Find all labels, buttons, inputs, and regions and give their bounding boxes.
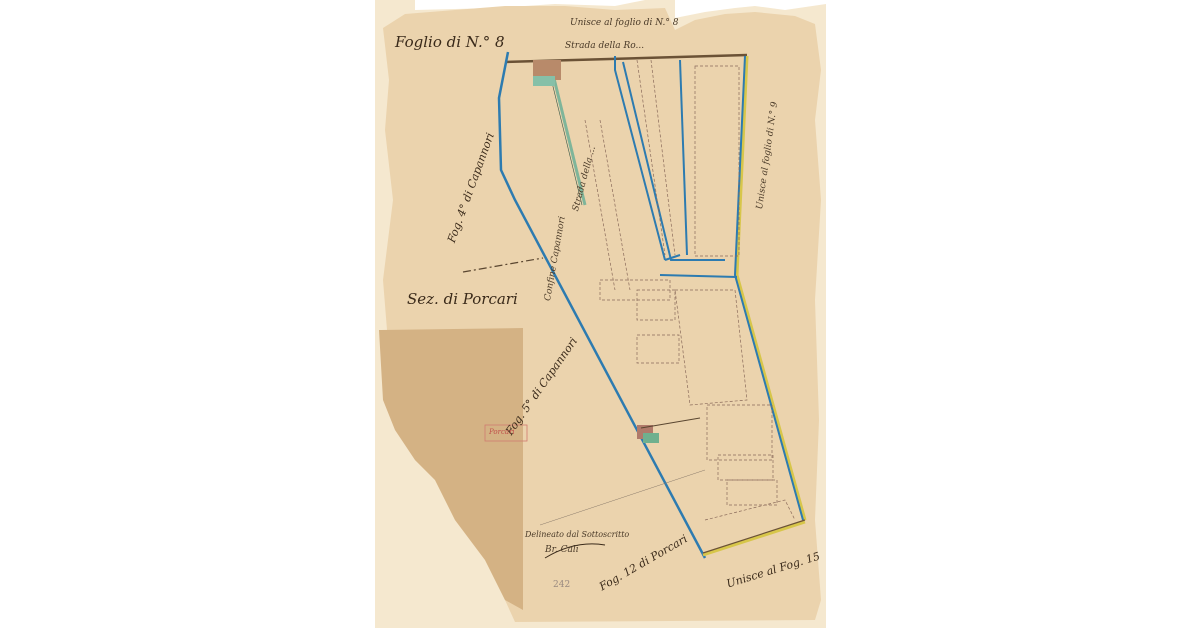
sheet-title: Foglio di N.° 8 bbox=[395, 33, 505, 51]
cadastral-map-sheet: Foglio di N.° 8 Unisce al foglio di N.° … bbox=[375, 0, 826, 628]
image-viewer: Foglio di N.° 8 Unisce al foglio di N.° … bbox=[0, 0, 1200, 628]
signature-name: Br. Cali bbox=[545, 545, 579, 555]
signature-line-1: Delineato dal Sottoscritto bbox=[525, 530, 629, 539]
region-label: Sez. di Porcari bbox=[407, 290, 518, 308]
top-note-join: Unisce al foglio di N.° 8 bbox=[570, 18, 679, 28]
pencil-mark: 242 bbox=[553, 580, 570, 590]
red-stamp: Porcari bbox=[489, 428, 515, 436]
top-note-road: Strada della Ro... bbox=[565, 41, 644, 51]
